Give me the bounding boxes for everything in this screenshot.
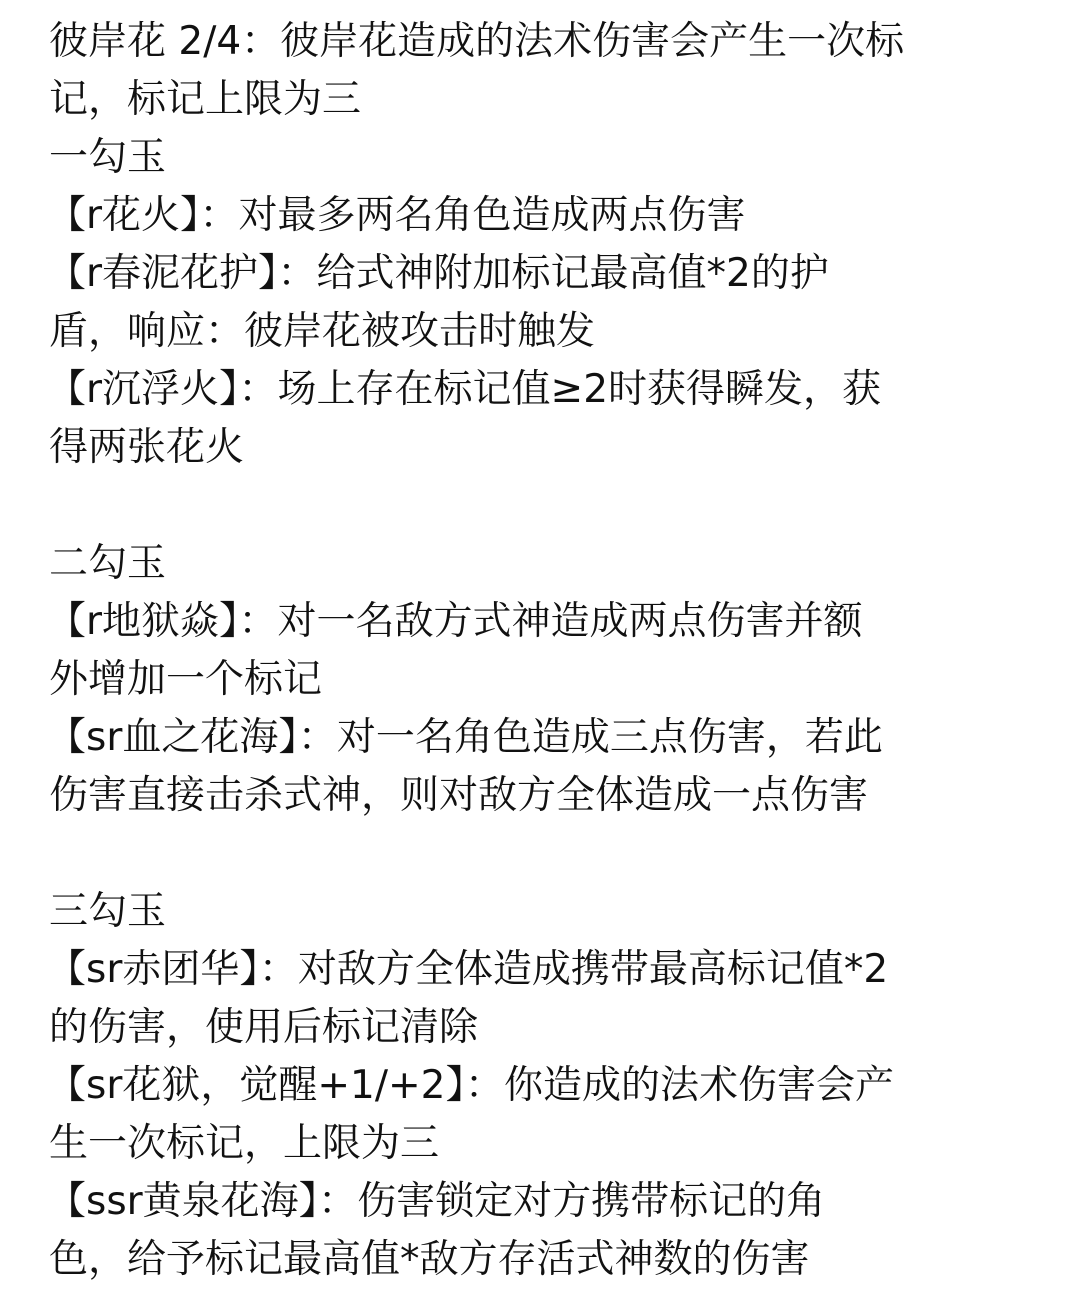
skill-line-continued: 盾，响应：彼岸花被攻击时触发 — [49, 303, 1039, 361]
blank-line — [49, 825, 1039, 883]
skill-line-continued: 外增加一个标记 — [49, 651, 1039, 709]
skill-line-continued: 伤害直接击杀式神，则对敌方全体造成一点伤害 — [49, 767, 1039, 825]
section-heading: 一勾玉 — [49, 129, 1039, 187]
skill-line: 【sr血之花海】：对一名角色造成三点伤害，若此 — [47, 709, 1039, 767]
skill-line-continued: 的伤害，使用后标记清除 — [49, 999, 1039, 1057]
skill-line: 【ssr黄泉花海】：伤害锁定对方携带标记的角 — [47, 1173, 1039, 1231]
section-heading: 三勾玉 — [49, 883, 1039, 941]
intro-line: 记，标记上限为三 — [49, 71, 1039, 129]
skill-line: 【sr花狱，觉醒+1/+2】：你造成的法术伤害会产 — [47, 1057, 1039, 1115]
skill-line: 【sr赤团华】：对敌方全体造成携带最高标记值*2 — [47, 941, 1039, 999]
skill-line-continued: 色，给予标记最高值*敌方存活式神数的伤害 — [49, 1231, 1039, 1289]
section-heading: 二勾玉 — [49, 535, 1039, 593]
skill-line: 【r沉浮火】：场上存在标记值≥2时获得瞬发，获 — [47, 361, 1039, 419]
blank-line — [49, 477, 1039, 535]
skill-line: 【r地狱焱】：对一名敌方式神造成两点伤害并额 — [47, 593, 1039, 651]
skill-line-continued: 生一次标记，上限为三 — [49, 1115, 1039, 1173]
document-body: 彼岸花 2/4：彼岸花造成的法术伤害会产生一次标 记，标记上限为三 一勾玉 【r… — [49, 13, 1039, 1289]
skill-line: 【r春泥花护】：给式神附加标记最高值*2的护 — [47, 245, 1039, 303]
skill-line: 【r花火】：对最多两名角色造成两点伤害 — [47, 187, 1039, 245]
intro-line: 彼岸花 2/4：彼岸花造成的法术伤害会产生一次标 — [49, 13, 1039, 71]
skill-line-continued: 得两张花火 — [49, 419, 1039, 477]
